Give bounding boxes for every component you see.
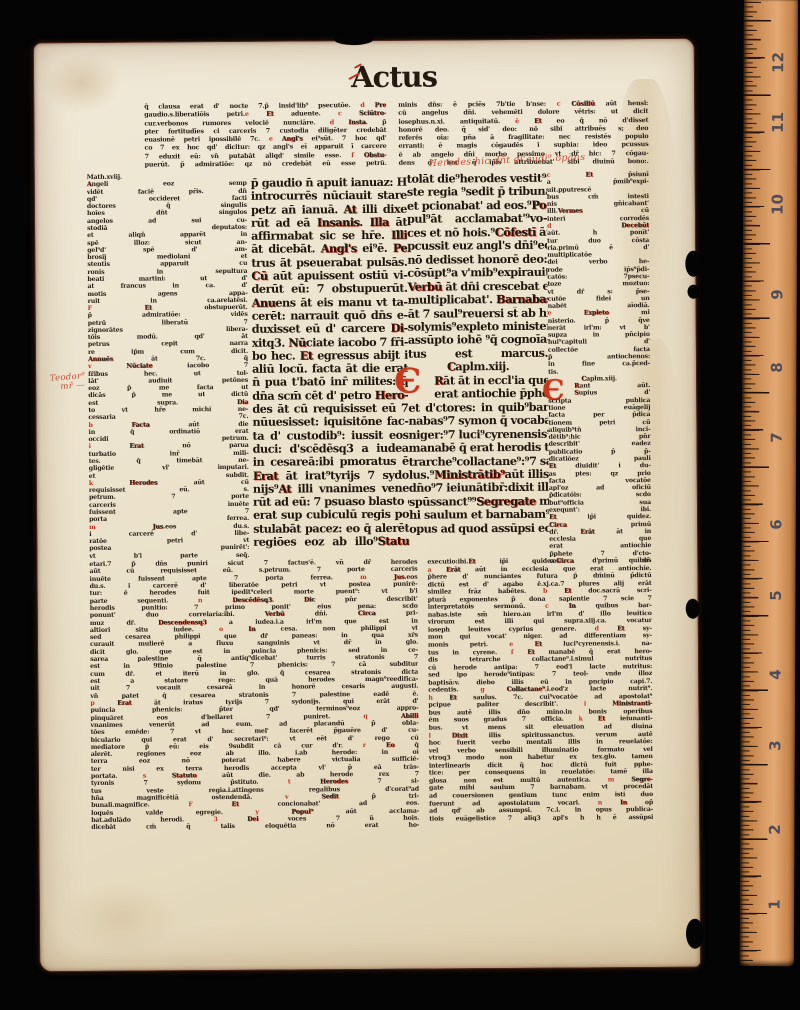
text-line: affirmabat sic se hr̄e. Illi — [251, 229, 407, 243]
commentary-bottom-left: etari.7 p̄ dn̄s puniri sicut 7 factus'ē.… — [89, 559, 419, 833]
text-line: dn̄o⁹7 ieiunātibr̄:dixit illis — [409, 481, 549, 495]
text-line: tus est marcus. — [408, 347, 548, 361]
text-line: derūt eū: 7 obstupuerūt. — [251, 282, 407, 296]
running-title-text: Actus — [351, 60, 437, 95]
text-line: dn̄a scm̄ cēt d' petro Hero- — [252, 388, 408, 402]
text-line: nūuesisset: iquisitōne fac- — [252, 415, 408, 429]
manuscript-leaf: Actus q̄ clausa erat d' nocte 7.p̄ insid… — [33, 38, 701, 973]
text-line: pul⁹āt acclamabat'⁹vo- — [407, 212, 547, 226]
text-line: rūt ad eā Insanis. Illa āt — [251, 216, 407, 230]
text-line: Verbū āt dn̄i crescebat et — [407, 279, 547, 293]
text-line: manabē q̄ erat herodis te — [409, 441, 549, 455]
text-line: duxisset eū d' carcere Di- — [252, 322, 408, 336]
ruler-inch-number: 5 — [769, 584, 784, 606]
text-line: duci: d'scēdēsq3 a iudea — [253, 442, 409, 456]
text-line: spūssanct⁹⁹Segregate mi — [409, 495, 549, 509]
ruler-inch-number: 10 — [771, 194, 786, 216]
text-line: erat sup cubiculū regis po — [253, 508, 409, 522]
text-line: introcurrēs nūciauit stare — [251, 189, 407, 203]
edge-chip — [686, 919, 704, 949]
text-line: cerēt: narrauit quō dn̄s e- — [252, 309, 408, 323]
text-line: Et ip̄i quidez. — [549, 513, 651, 521]
edge-chip — [687, 285, 699, 299]
text-line: Rāt āt in eccl'ia que — [408, 374, 548, 388]
text-line: facta per p̄dica — [548, 411, 650, 419]
text-line: regiōes eoz ab illo⁹Statu — [253, 535, 409, 549]
text-line: aliū locū. facta āt die erat — [252, 362, 408, 376]
text-line: stulabāt pacez: eo q̄ alerēt — [253, 521, 409, 535]
wooden-ruler: 121110987654321 — [740, 0, 798, 966]
corner-stain — [42, 53, 122, 114]
ruler-inch-number: 11 — [771, 112, 786, 134]
ruler-inch-number: 7 — [770, 426, 785, 448]
text-line: dicebāt cm̄ q̄ talis eloquētia nō erat h… — [91, 822, 419, 832]
text-line: n̄ pua t'batō inr̄ milites: q̄ — [252, 375, 408, 389]
ruler-inch-number: 9 — [770, 283, 785, 305]
text-line: et pcionabat' ad eos.⁹Po- — [407, 199, 547, 213]
ruler-inch-number: 2 — [768, 818, 783, 840]
ruler-inch-number: 1 — [768, 893, 783, 915]
text-line: Cū aūt apuissent ostiū vi- — [251, 269, 407, 283]
text-line: lus.⁹Ministrātib⁹aūt illis — [409, 468, 549, 482]
commentary-bottom-right: executio:ibi.Et ip̄i quidez.Circa primū … — [427, 557, 653, 825]
text-line: aūt. h ponīt' — [547, 229, 649, 237]
text-line: ste regia ⁹sedit p̄ tribunali: — [407, 185, 547, 199]
text-line: vt b'i parte seq̄. — [89, 551, 249, 559]
text-line: multiplicabat'. Barnabas — [408, 293, 548, 307]
text-line: a p̄mib⁹expi- — [547, 178, 649, 186]
text-line: rūt ad eū: 7 psuaso blasto q̄ — [253, 495, 409, 509]
text-line: toze moztuo: — [547, 280, 649, 288]
text-line: opus ad quod assūpsi eos — [409, 522, 549, 536]
commentary-right-column: c Et p̄siunīa p̄mib⁹expi-uit.pputrescēbu… — [547, 171, 652, 568]
text-line: tolāt die⁹herodes vestit⁹ve — [407, 172, 547, 186]
text-line: nō dedisset honorē deo: et — [407, 252, 547, 266]
text-line: niger:⁹7 luci⁹cyrenensis⁹et — [408, 427, 548, 441]
photograph-of-incunabula-leaf: Actus q̄ clausa erat d' nocte 7.p̄ insid… — [0, 0, 800, 1010]
running-title: Actus — [314, 60, 474, 93]
ruler-inch-number: 4 — [769, 663, 784, 685]
text-line: trus āt pseuerabat pulsās. — [251, 255, 407, 269]
text-line: pcussit euz angl's dn̄i⁹eo q̄ — [407, 239, 547, 253]
lombard-initial-E-bible: Є — [394, 367, 421, 397]
text-line: Erat āt irat⁹tyrijs 7 sydo — [253, 468, 409, 482]
text-line: in cesareā:ibi pmoratus ē — [253, 455, 409, 469]
edge-chip — [686, 599, 700, 619]
ruler-inch-number: 8 — [770, 356, 785, 378]
text-line: nijs⁹At illi vnanimes vene — [253, 482, 409, 496]
ruler-ticks-inches — [740, 0, 771, 966]
ruler-inch-number: 6 — [769, 513, 784, 535]
text-line: et d'ctores: in quib⁹bar — [408, 400, 548, 414]
bottom-stain — [60, 882, 180, 953]
edge-chip — [685, 251, 701, 277]
text-line: hi saulum et barnabam⁹in — [409, 508, 549, 522]
bible-text-column-left: p̄ gaudio n̄ apuit ianuaz: Hintrocurrēs … — [251, 176, 410, 551]
ruler-inch-number: 12 — [771, 52, 786, 74]
text-line: āt dicebāt. Angl's ei⁹ē. Pe — [251, 242, 407, 256]
commentary-top-left: q̄ clausa erat d' nocte 7.p̄ insid'lib⁹ … — [144, 101, 386, 171]
text-line: Et diuidit' i du- — [549, 462, 651, 470]
text-line: xitq3. Nūciate iacobo 7 fr̄i- — [252, 335, 408, 349]
ruler-inch-number: 3 — [768, 734, 783, 756]
text-line: tiois euāgelistice 7 aliq3 apl's h h ē a… — [429, 814, 653, 823]
text-line: assūpto iohē ⁹q̄ cognoīa- — [408, 333, 548, 347]
handwritten-marginal-note-left: Teodor⁹ — mr̄ — — [50, 371, 98, 393]
text-line: Caplm.xiij. — [408, 360, 548, 374]
text-line: in fine ca.p̄ced- — [548, 360, 650, 368]
text-line: puerūt. p̄ admiratiōe: qz nō credebāt eū… — [145, 159, 387, 169]
text-line: trarche⁹collactane⁹:⁹7 sau — [409, 454, 549, 468]
text-line: p̄ gaudio n̄ apuit ianuaz: H — [251, 176, 407, 190]
text-line: ria.primū ē d' — [547, 244, 649, 252]
edge-chip — [334, 33, 374, 45]
text-line: ta d' custodib⁹: iussit eos — [252, 428, 408, 442]
text-line: cōsūpt⁹a v'mib⁹expirauit — [407, 266, 547, 280]
text-line: des āt cū requisisset eū 7 — [252, 402, 408, 416]
text-line: erat antiochie p̄phete — [408, 387, 548, 401]
commentary-left-column: Math.xviij.Angeli eoz sempvidēt faciē pr… — [87, 173, 250, 562]
text-line: ces et nō hois.⁹Cōfestī āt — [407, 226, 547, 240]
bible-text-column-right: tolāt die⁹herodes vestit⁹veste regia ⁹se… — [407, 172, 550, 539]
text-line: nabas⁹7 symon q̄ vocabat' — [408, 414, 548, 428]
text-line: petz an̄ ianuā. At illi dixe — [251, 202, 407, 216]
text-line: solymis⁹expleto ministerio — [408, 320, 548, 334]
text-line: Anuens āt eis manu vt ta- — [252, 295, 408, 309]
text-line: bo hec. Et egressus abijt i — [252, 349, 408, 363]
text-line: āt 7 saul⁹reuersi st̄ ab hiero — [408, 306, 548, 320]
